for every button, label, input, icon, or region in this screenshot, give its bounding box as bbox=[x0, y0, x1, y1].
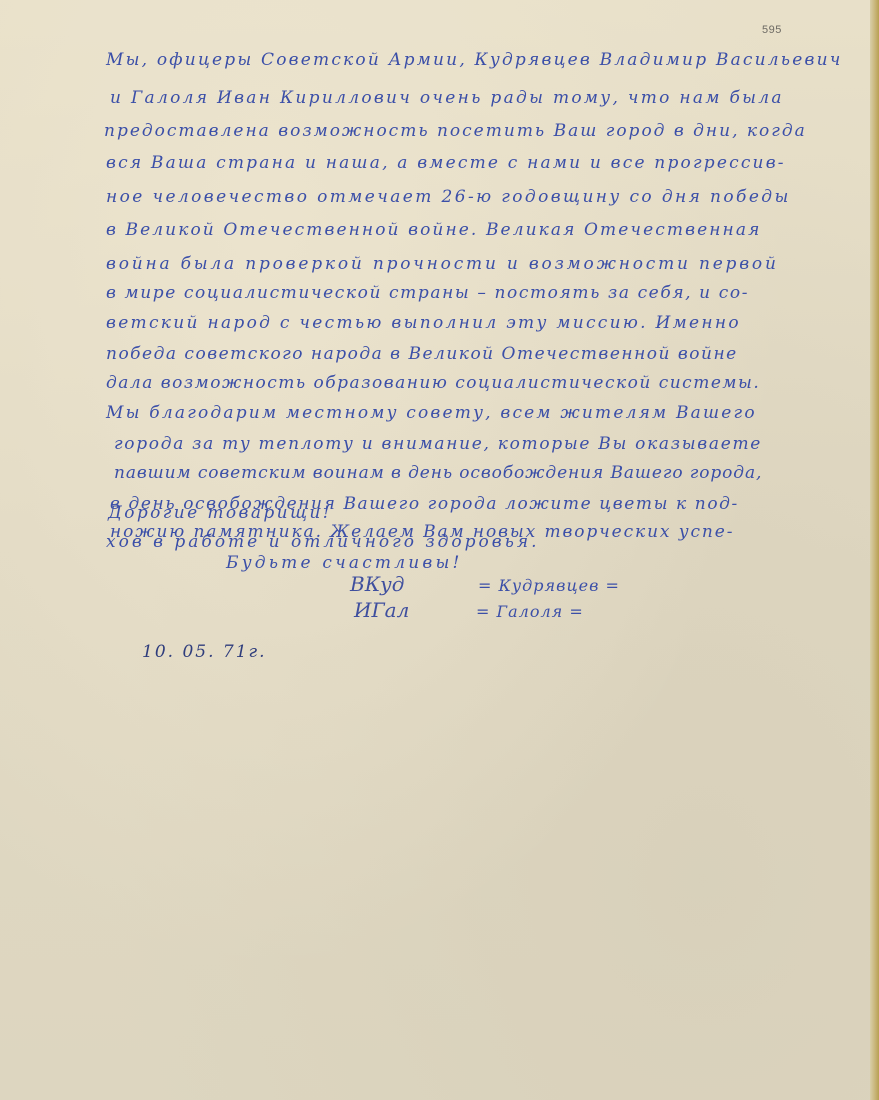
greeting-line: Дорогие товарищи! bbox=[108, 503, 332, 523]
letter-line: победа советского народа в Великой Отече… bbox=[106, 344, 738, 364]
signature-scribble-galolya: ИГал bbox=[354, 598, 409, 622]
letter-line: предоставлена возможность посетить Ваш г… bbox=[104, 121, 807, 141]
letter-line: в мире социалистической страны – постоят… bbox=[106, 283, 749, 303]
letter-date: 10. 05. 71г. bbox=[142, 642, 267, 662]
letter-line: Мы, офицеры Советской Армии, Кудрявцев В… bbox=[106, 50, 843, 70]
signature-scribble-kudryavtsev: ВКуд bbox=[350, 572, 404, 596]
letter-line: ветский народ с честью выполнил эту мисс… bbox=[106, 313, 741, 333]
letter-line: города за ту теплоту и внимание, которые… bbox=[114, 434, 762, 454]
letter-line: в Великой Отечественной войне. Великая О… bbox=[106, 220, 761, 240]
letter-line: ное человечество отмечает 26-ю годовщину… bbox=[106, 187, 791, 207]
letter-line: война была проверкой прочности и возможн… bbox=[106, 254, 779, 274]
letter-page: 595 Мы, офицеры Советской Армии, Кудрявц… bbox=[0, 0, 879, 1100]
page-number: 595 bbox=[762, 24, 782, 36]
page-edge bbox=[870, 0, 879, 1100]
signature-name-kudryavtsev: = Кудрявцев = bbox=[478, 576, 620, 595]
letter-line: вся Ваша страна и наша, а вместе с нами … bbox=[106, 153, 786, 173]
signature-block: ВКуд = Кудрявцев = ИГал = Галоля = bbox=[348, 566, 648, 636]
letter-line: павшим советским воинам в день освобожде… bbox=[114, 463, 762, 483]
letter-line: Мы благодарим местному совету, всем жите… bbox=[106, 403, 757, 423]
signature-name-galolya: = Галоля = bbox=[476, 602, 584, 621]
letter-line: хов в работе и отличного здоровья. bbox=[106, 532, 540, 552]
letter-line: и Галоля Иван Кириллович очень рады тому… bbox=[110, 88, 784, 108]
letter-line: дала возможность образованию социалистич… bbox=[106, 373, 760, 393]
